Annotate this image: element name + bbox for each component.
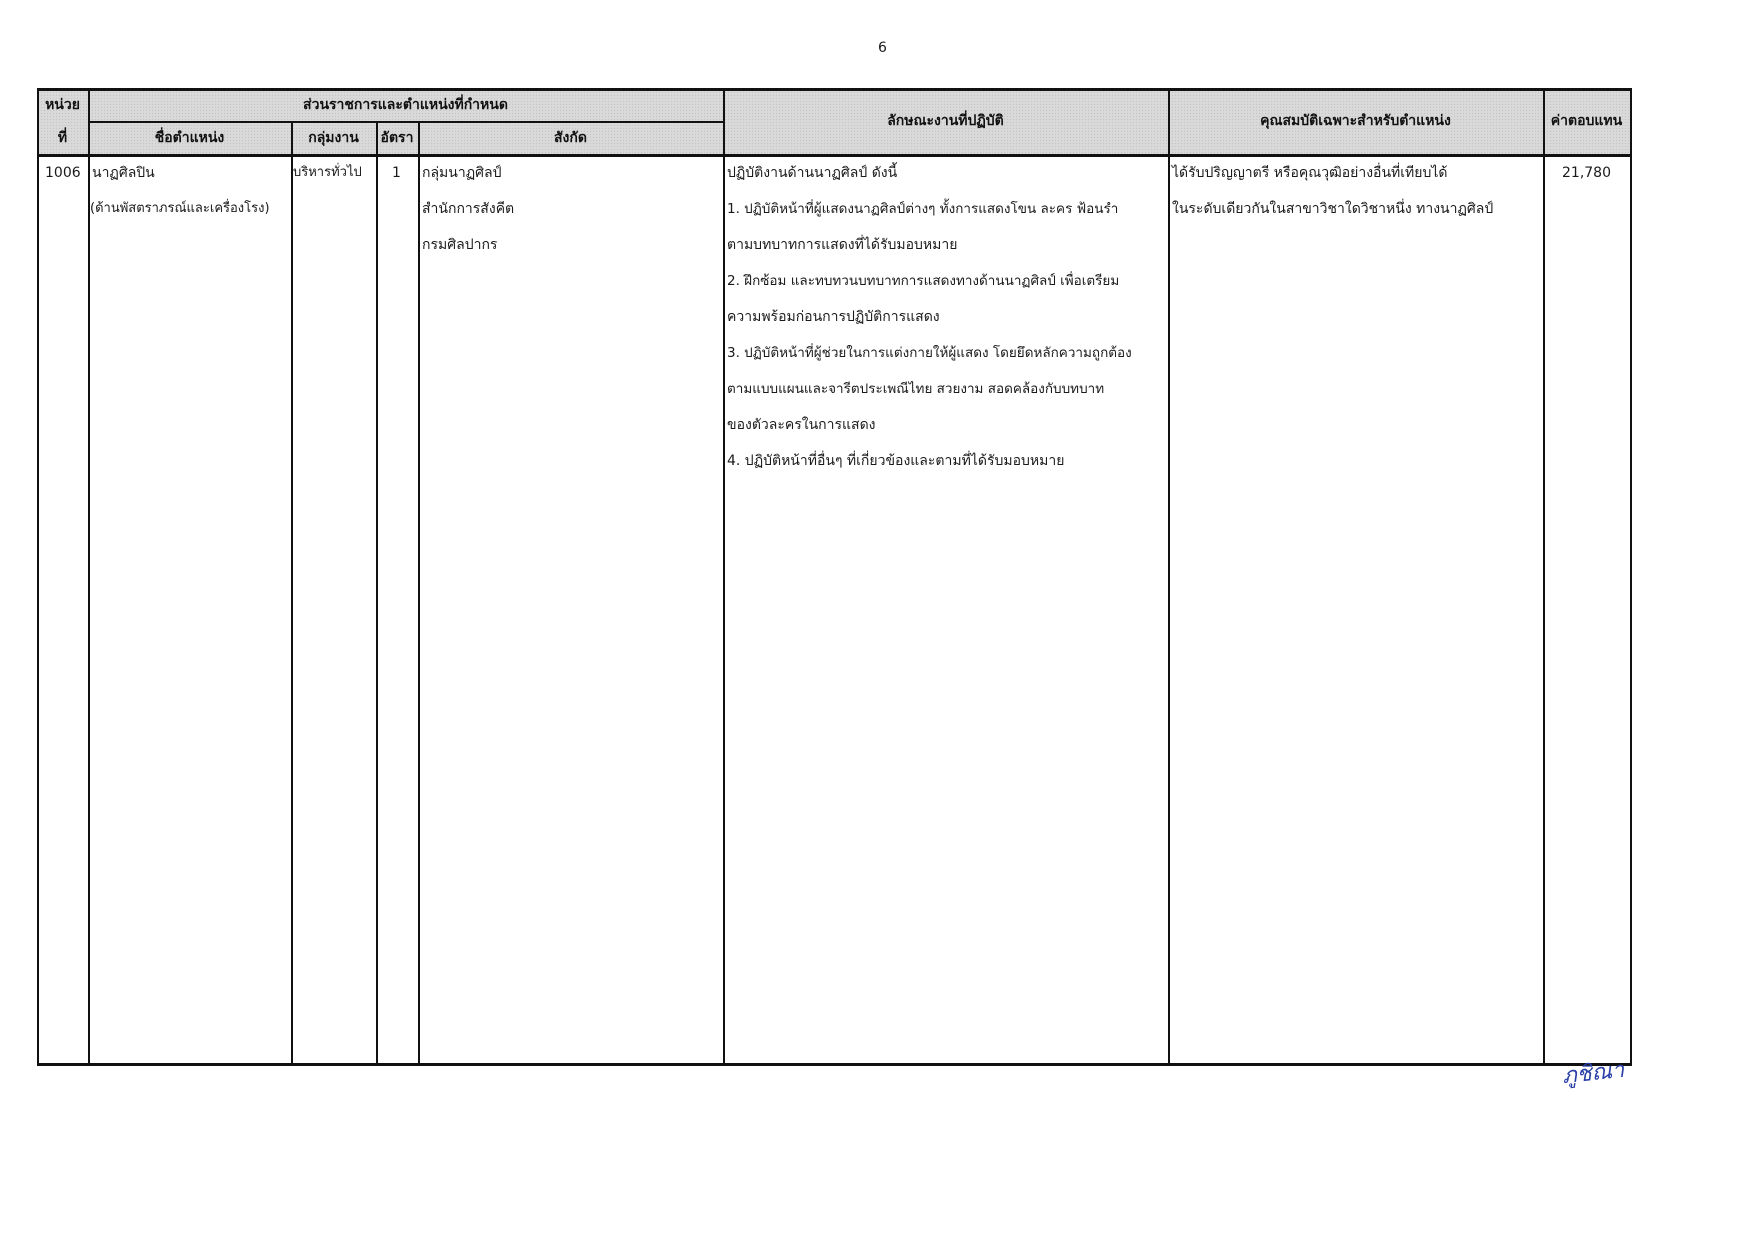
- col-border-affiliation: [723, 88, 725, 1065]
- header-position-name: ชื่อตำแหน่ง: [88, 121, 291, 154]
- header-group-title: ส่วนราชการและตำแหน่งที่กำหนด: [88, 88, 723, 121]
- cell-unit-no: 1006: [45, 155, 81, 191]
- header-unit-no-line1: หน่วย: [37, 88, 88, 121]
- col-border-unit: [88, 88, 90, 1065]
- col-border-qualifications: [1543, 88, 1545, 1065]
- cell-description-line4: 2. ฝึกซ้อม และทบทวนบทบาทการแสดงทางด้านนา…: [727, 263, 1119, 299]
- col-border-group: [376, 121, 378, 1065]
- header-job-group: กลุ่มงาน: [291, 121, 376, 154]
- cell-description-line6: 3. ปฏิบัติหน้าที่ผู้ช่วยในการแต่งกายให้ผ…: [727, 335, 1132, 371]
- cell-description-line7: ตามแบบแผนและจารีตประเพณีไทย สวยงาม สอดคล…: [727, 371, 1104, 407]
- header-compensation: ค่าตอบแทน: [1543, 88, 1630, 154]
- header-affiliation: สังกัด: [418, 121, 723, 154]
- cell-qualifications-line1: ได้รับปริญญาตรี หรือคุณวุฒิอย่างอื่นที่เ…: [1172, 155, 1448, 191]
- cell-description-line5: ความพร้อมก่อนการปฏิบัติการแสดง: [727, 299, 940, 335]
- cell-description-line9: 4. ปฏิบัติหน้าที่อื่นๆ ที่เกี่ยวข้องและต…: [727, 443, 1064, 479]
- cell-description-line1: ปฏิบัติงานด้านนาฏศิลป์ ดังนี้: [727, 155, 897, 191]
- header-job-description: ลักษณะงานที่ปฏิบัติ: [723, 88, 1168, 154]
- col-border-quota: [418, 121, 420, 1065]
- cell-description-line2: 1. ปฏิบัติหน้าที่ผู้แสดงนาฏศิลป์ต่างๆ ทั…: [727, 191, 1118, 227]
- cell-position-name-line1: นาฏศิลปิน: [92, 155, 155, 191]
- cell-qualifications-line2: ในระดับเดียวกันในสาขาวิชาใดวิชาหนึ่ง ทาง…: [1172, 191, 1493, 227]
- cell-affiliation-line3: กรมศิลปากร: [422, 227, 497, 263]
- col-border-right: [1630, 88, 1632, 1065]
- cell-position-name-line2: (ด้านพัสตราภรณ์และเครื่องโรง): [90, 191, 270, 227]
- cell-affiliation-line2: สำนักการสังคีต: [422, 191, 514, 227]
- header-unit-no-line2: ที่: [37, 121, 88, 154]
- position-table: หน่วย ที่ ส่วนราชการและตำแหน่งที่กำหนด ช…: [37, 88, 1632, 1065]
- table-bottom-border: [37, 1063, 1632, 1066]
- col-border-description: [1168, 88, 1170, 1065]
- page-number: 6: [878, 40, 887, 56]
- col-border-position: [291, 121, 293, 1065]
- cell-compensation: 21,780: [1543, 155, 1630, 191]
- cell-description-line8: ของตัวละครในการแสดง: [727, 407, 876, 443]
- col-border-left: [37, 88, 39, 1065]
- cell-affiliation-line1: กลุ่มนาฏศิลป์: [422, 155, 501, 191]
- signature: ภูชิณา: [1560, 1052, 1626, 1093]
- cell-quota: 1: [392, 155, 401, 191]
- cell-description-line3: ตามบทบาทการแสดงที่ได้รับมอบหมาย: [727, 227, 957, 263]
- header-quota: อัตรา: [376, 121, 418, 154]
- cell-job-group: บริหารทั่วไป: [293, 155, 362, 191]
- header-qualifications: คุณสมบัติเฉพาะสำหรับตำแหน่ง: [1168, 88, 1543, 154]
